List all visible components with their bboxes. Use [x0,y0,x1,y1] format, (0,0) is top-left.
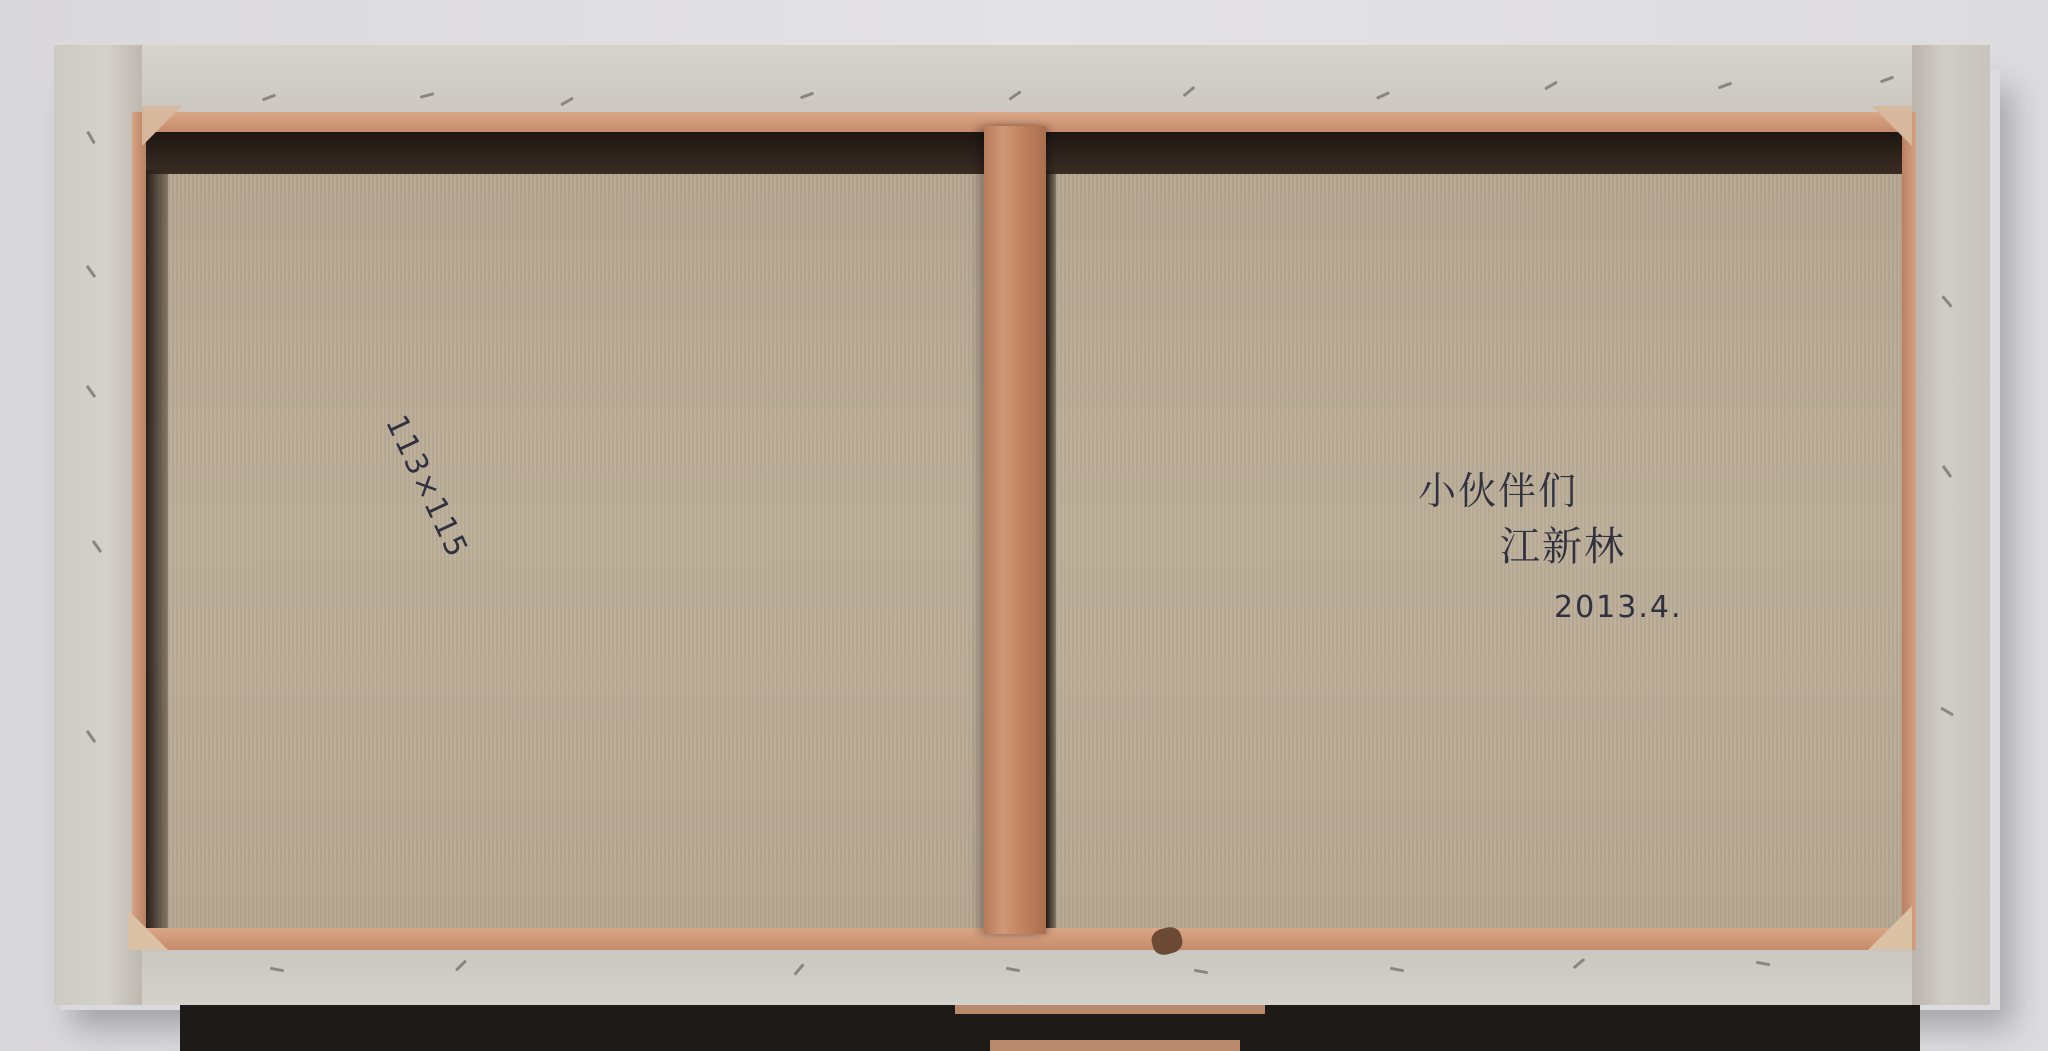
canvas-wrap-bottom [54,945,1990,1005]
stretcher-center-bar [984,126,1046,934]
shadow-right-panel-left [1046,170,1056,928]
shadow-top-left [146,132,984,174]
corner-key-top-right [1872,106,1912,146]
canvas-wrap-right [1912,45,1990,1005]
corner-key-top-left [142,106,182,146]
shadow-left [146,170,168,928]
corner-key-bottom-right [1868,906,1912,950]
shadow-top-right [1046,132,1902,174]
corner-key-bottom-left [128,910,168,950]
artist-signature: 江新林 [1500,515,1626,572]
stretcher-left [132,112,146,950]
date-inscription: 2013.4. [1554,590,1683,625]
title-inscription: 小伙伴们 [1418,460,1578,515]
canvas-panel-left [146,132,984,928]
canvas-panel-right [1046,132,1902,928]
canvas-wrap-left [54,45,142,1005]
easel-bar-lower [990,1040,1240,1051]
stretcher-right [1902,112,1916,950]
